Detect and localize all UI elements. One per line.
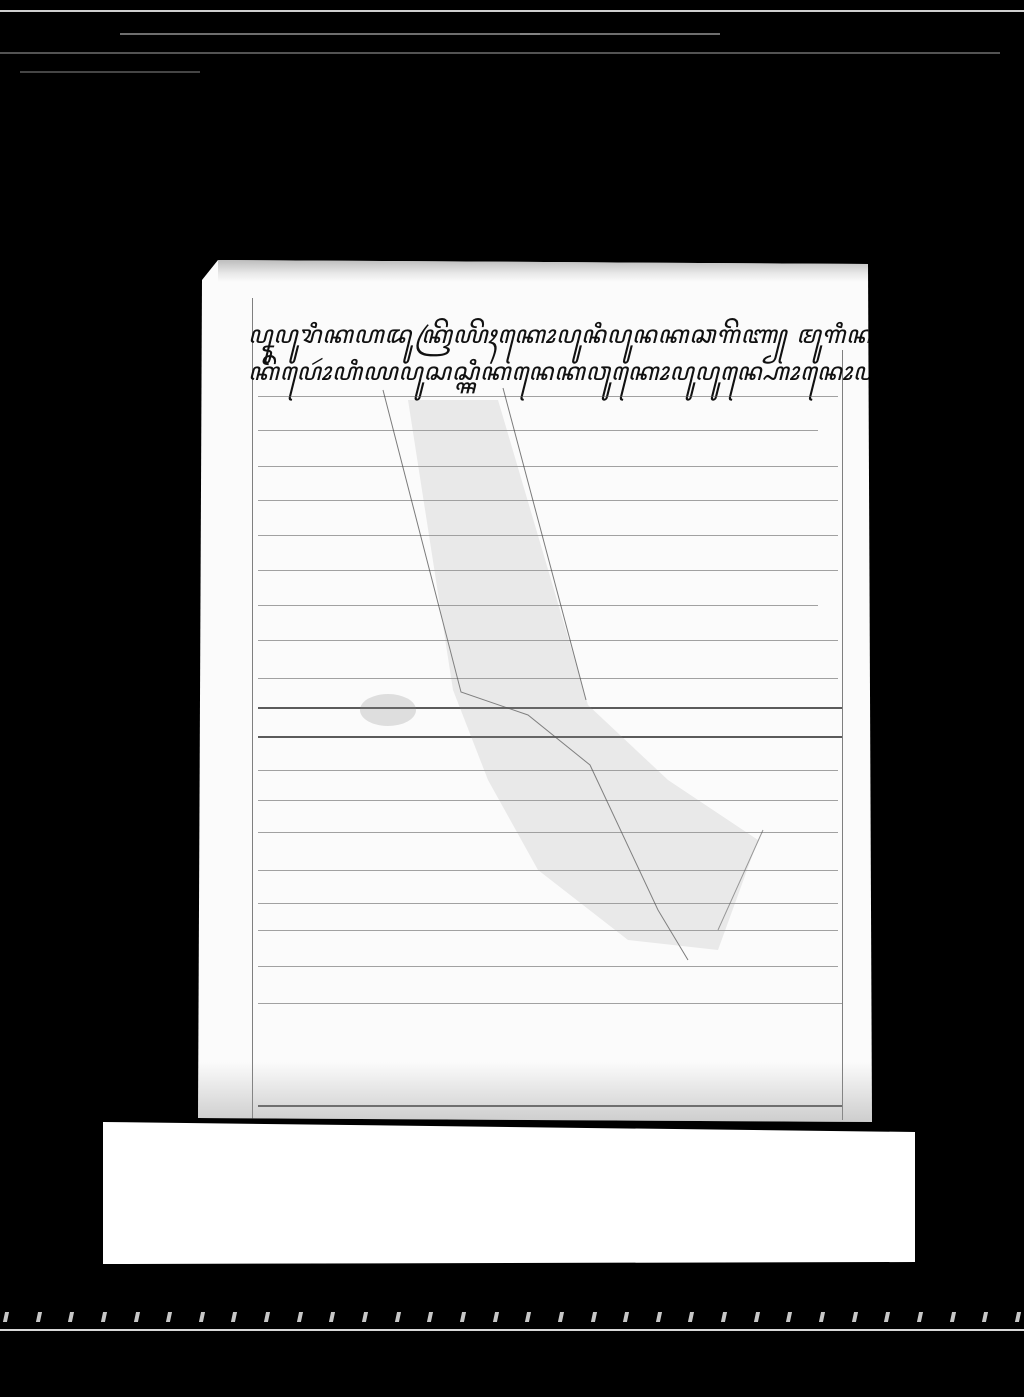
film-scratch (520, 33, 720, 35)
film-scratch (0, 52, 1000, 54)
film-scratch (120, 33, 540, 35)
manuscript-page: ꦥꦹꦥꦸꦫꦶꦏꦲꦢꦸꦏꦿꦼꦪꦼꦃꦏꦺꦴꦥꦸꦤꦶꦥꦸꦤꦏꦕꦒꦼꦚ꧀ ꦩꦸꦒꦶꦏꦸꦠ… (198, 260, 872, 1122)
edge-markings (0, 1312, 1024, 1326)
film-edge-top (0, 0, 1024, 80)
film-scratch (20, 71, 200, 73)
blank-label-slip (103, 1122, 915, 1264)
diagonal-stain (198, 260, 872, 1122)
film-edge-bottom (0, 1300, 1024, 1340)
page-bottom-edge (198, 1062, 872, 1122)
film-edge-rule (0, 1329, 1024, 1331)
